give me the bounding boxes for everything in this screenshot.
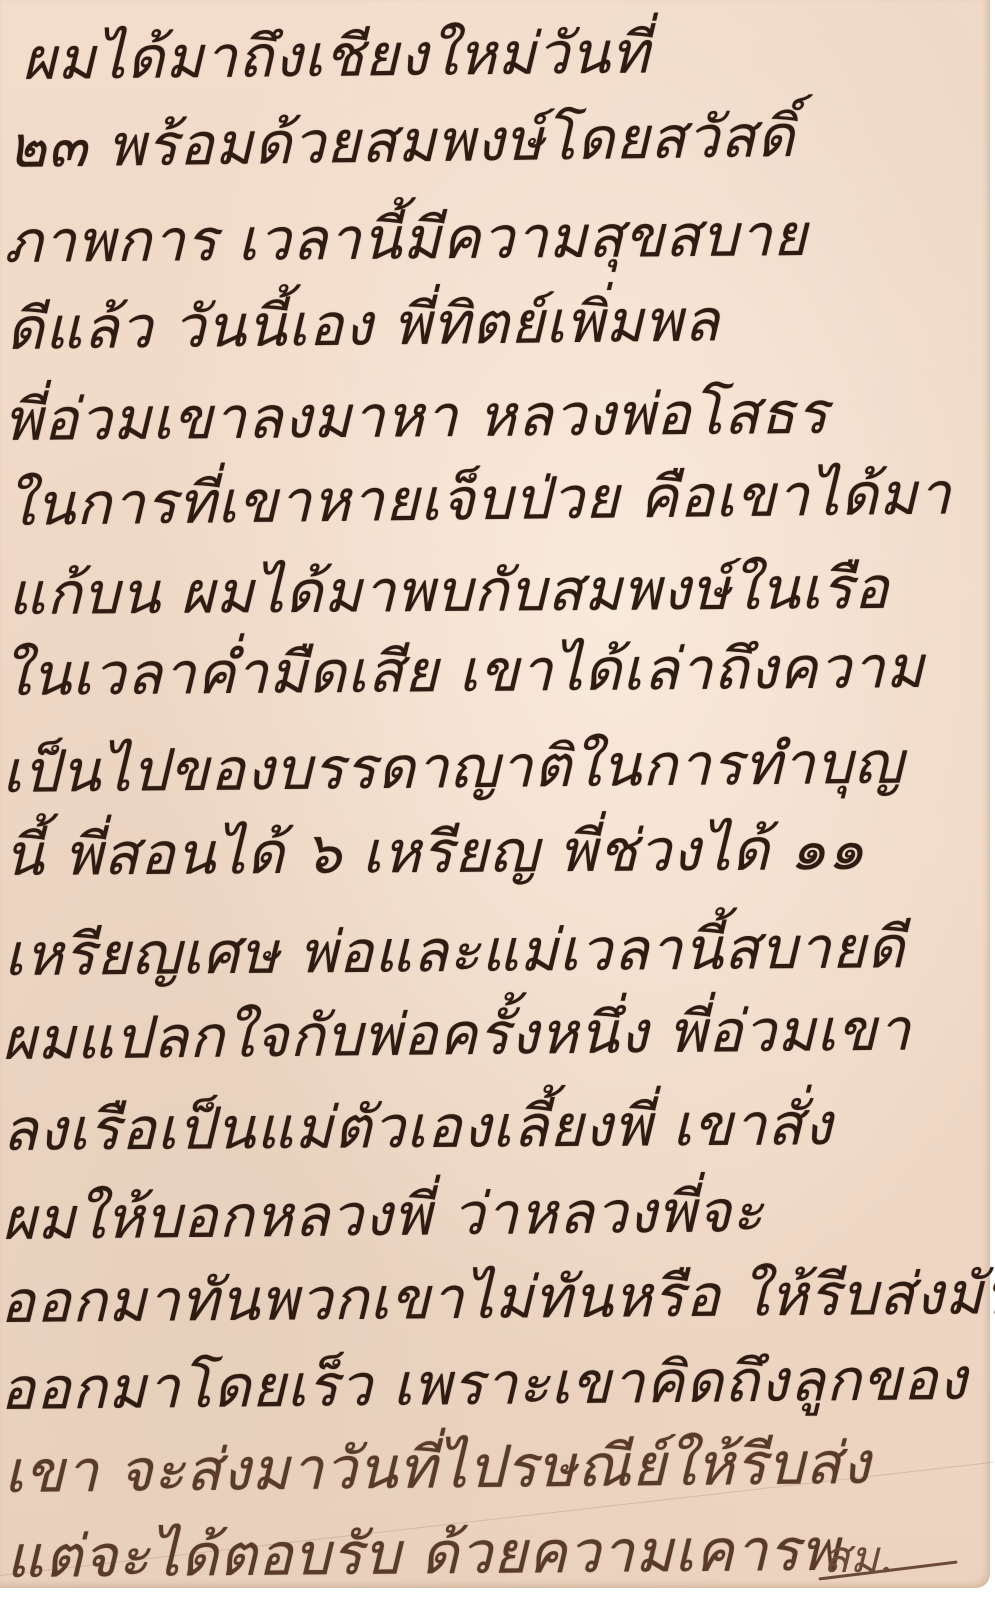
letter-line-6: ในการที่เขาหายเจ็บป่วย คือเขาได้มา [5,446,952,551]
letter-line-2: ๒๓ พร้อมด้วยสมพงษ์โดยสวัสดิ์ [7,89,795,193]
letter-line-13: ลงเรือเป็นแม่ตัวเองเลี้ยงพี่ เขาสั่ง [2,1077,834,1176]
letter-paper: ผมได้มาถึงเชียงใหม่วันที่ ๒๓ พร้อมด้วยสม… [0,0,990,1588]
letter-line-4: ดีแล้ว วันนี้เอง พี่ทิตย์เพิ่มพล [5,273,720,375]
signature: สม. [823,1522,893,1592]
letter-line-18: แต่จะได้ตอบรับ ด้วยความเคารพ [6,1503,840,1600]
letter-line-1: ผมได้มาถึงเชียงใหม่วันที่ [22,5,651,105]
letter-line-8: ในเวลาค่ำมืดเสีย เขาได้เล่าถึงความ [2,620,926,721]
letter-line-12: ผมแปลกใจกับพ่อครั้งหนึ่ง พี่อ่วมเขา [2,982,912,1085]
letter-line-10: นี้ พี่สอนได้ ๖ เหรียญ พี่ช่วงได้ ๑๑ [4,802,866,901]
